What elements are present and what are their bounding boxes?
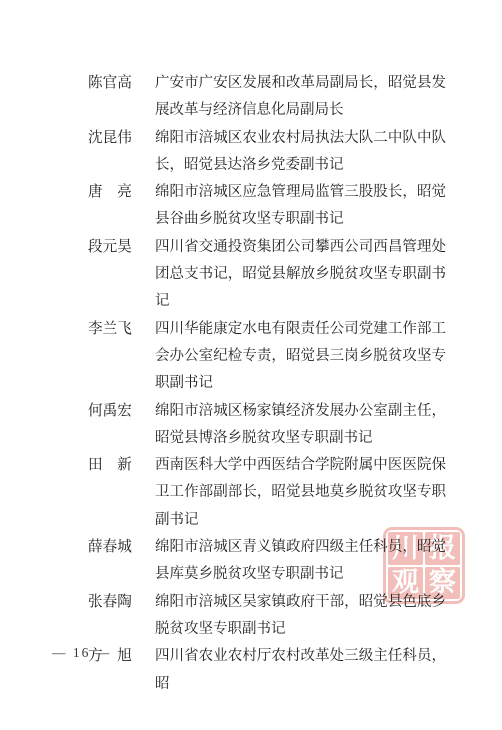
list-item: 田 新 西南医科大学中西医结合学院附属中医医院保卫工作部副部长，昭觉县地莫乡脱贫…: [88, 452, 446, 534]
list-item: 段元昊 四川省交通投资集团公司攀西公司西昌管理处团总支书记，昭觉县解放乡脱贫攻坚…: [88, 234, 446, 316]
person-name: 田 新: [88, 452, 133, 479]
person-title: 绵阳市涪城区杨家镇经济发展办公室副主任，昭觉县博洛乡脱贫攻坚专职副书记: [155, 398, 446, 453]
person-title: 四川省交通投资集团公司攀西公司西昌管理处团总支书记，昭觉县解放乡脱贫攻坚专职副书…: [155, 234, 446, 316]
page-number: — 16 —: [52, 645, 111, 661]
list-item: 张春陶 绵阳市涪城区吴家镇政府干部，昭觉县色底乡脱贫攻坚专职副书记: [88, 589, 446, 644]
list-item: 陈官高 广安市广安区发展和改革局副局长，昭觉县发展改革与经济信息化局副局长: [88, 70, 446, 125]
person-name: 沈昆伟: [88, 125, 133, 152]
person-name: 陈官高: [88, 70, 133, 97]
person-title: 四川华能康定水电有限责任公司党建工作部工会办公室纪检专责，昭觉县三岗乡脱贫攻坚专…: [155, 316, 446, 398]
person-name: 薛春城: [88, 534, 133, 561]
person-title: 绵阳市涪城区青义镇政府四级主任科员，昭觉县库莫乡脱贫攻坚专职副书记: [155, 534, 446, 589]
list-item: 方 旭 四川省农业农村厅农村改革处三级主任科员，昭: [88, 643, 446, 698]
person-name: 张春陶: [88, 589, 133, 616]
person-name: 段元昊: [88, 234, 133, 261]
person-title: 绵阳市涪城区吴家镇政府干部，昭觉县色底乡脱贫攻坚专职副书记: [155, 589, 446, 644]
person-title: 广安市广安区发展和改革局副局长，昭觉县发展改革与经济信息化局副局长: [155, 70, 446, 125]
list-item: 沈昆伟 绵阳市涪城区农业农村局执法大队二中队中队长，昭觉县达洛乡党委副书记: [88, 125, 446, 180]
list-item: 唐 亮 绵阳市涪城区应急管理局监管三股股长，昭觉县谷曲乡脱贫攻坚专职副书记: [88, 179, 446, 234]
appointment-list: 陈官高 广安市广安区发展和改革局副局长，昭觉县发展改革与经济信息化局副局长 沈昆…: [88, 70, 446, 698]
person-name: 李兰飞: [88, 316, 133, 343]
person-name: 何禹宏: [88, 398, 133, 425]
list-item: 薛春城 绵阳市涪城区青义镇政府四级主任科员，昭觉县库莫乡脱贫攻坚专职副书记: [88, 534, 446, 589]
list-item: 何禹宏 绵阳市涪城区杨家镇经济发展办公室副主任，昭觉县博洛乡脱贫攻坚专职副书记: [88, 398, 446, 453]
person-name: 唐 亮: [88, 179, 133, 206]
person-title: 绵阳市涪城区应急管理局监管三股股长，昭觉县谷曲乡脱贫攻坚专职副书记: [155, 179, 446, 234]
list-item: 李兰飞 四川华能康定水电有限责任公司党建工作部工会办公室纪检专责，昭觉县三岗乡脱…: [88, 316, 446, 398]
person-title: 绵阳市涪城区农业农村局执法大队二中队中队长，昭觉县达洛乡党委副书记: [155, 125, 446, 180]
person-title: 西南医科大学中西医结合学院附属中医医院保卫工作部副部长，昭觉县地莫乡脱贫攻坚专职…: [155, 452, 446, 534]
document-page: 陈官高 广安市广安区发展和改革局副局长，昭觉县发展改革与经济信息化局副局长 沈昆…: [0, 0, 502, 730]
person-title: 四川省农业农村厅农村改革处三级主任科员，昭: [155, 643, 446, 698]
